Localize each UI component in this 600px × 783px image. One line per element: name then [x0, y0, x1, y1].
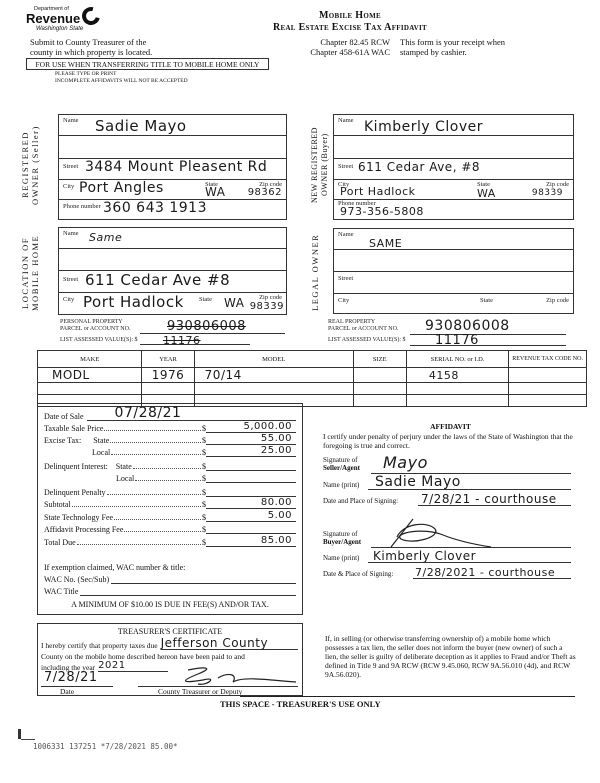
treasurer-signer-label: County Treasurer or Deputy: [158, 687, 242, 696]
date-of-sale-row: Date of Sale 07/28/21: [44, 407, 296, 421]
model-cell[interactable]: 70/14: [194, 368, 353, 383]
tax-row-value[interactable]: [206, 485, 296, 497]
legal-owner-section-label: LEGAL OWNER: [310, 232, 330, 312]
buyer-box: Name Kimberly Clover Street 611 Cedar Av…: [333, 114, 574, 220]
tax-row-label: Delinquent Interest: State: [44, 462, 132, 471]
personal-property-label: PERSONAL PROPERTY PARCEL or ACCOUNT NO.: [60, 319, 130, 333]
tax-row-value[interactable]: 55.00: [206, 433, 296, 445]
buyer-sig-label: Signature of Buyer/Agent: [323, 530, 361, 546]
treasurer-use-line: [240, 696, 575, 697]
tax-row: Taxable Sale Price$5,000.00: [44, 421, 296, 433]
location-city-field[interactable]: Port Hadlock: [83, 293, 184, 311]
tax-calculation-box: Date of Sale 07/28/21 Taxable Sale Price…: [37, 403, 303, 615]
tax-row-label: Affidavit Processing Fee: [44, 525, 123, 534]
location-box: Name Same Street 611 Cedar Ave #8 City P…: [58, 227, 287, 315]
wac-title-field[interactable]: [80, 586, 296, 596]
tax-row-label: Subtotal: [44, 500, 71, 509]
tax-row: Excise Tax: State$55.00: [44, 433, 296, 445]
tax-row-label: Taxable Sale Price: [44, 424, 103, 433]
buyer-date-place-field[interactable]: 7/28/2021 - courthouse: [415, 566, 555, 579]
tax-row: Local$: [44, 471, 296, 483]
legal-owner-box: Name SAME Street City State Zip code: [333, 228, 574, 314]
seller-signature-field[interactable]: Mayo: [383, 453, 428, 472]
legal-zip-label: Zip code: [546, 297, 569, 304]
affidavit-section: AFFIDAVIT I certify under penalty of per…: [323, 415, 578, 615]
treasurer-line-1: I hereby certify that property taxes due…: [41, 637, 298, 650]
tax-row-value[interactable]: [206, 522, 296, 534]
submit-instructions: Submit to County Treasurer of the county…: [30, 37, 152, 57]
make-cell[interactable]: MODL: [38, 368, 142, 383]
tax-row: Subtotal$80.00: [44, 497, 296, 509]
seller-date-place-field[interactable]: 7/28/21 - courthouse: [421, 492, 557, 506]
real-assessed-field[interactable]: 11176: [435, 333, 479, 348]
tax-row-label: Local: [44, 474, 134, 483]
buyer-date-place-label: Date & Place of Signing:: [323, 570, 393, 578]
tax-code-cell[interactable]: [509, 368, 587, 383]
logo-state: Washington State: [36, 26, 83, 32]
tax-row: Affidavit Processing Fee$: [44, 522, 296, 534]
buyer-name-label: Name: [338, 117, 354, 124]
tax-row-label: Local: [44, 448, 110, 457]
legal-state-label: State: [480, 297, 493, 304]
table-row: [38, 383, 587, 395]
seller-section-label: REGISTERED OWNER (Seller): [20, 115, 46, 215]
personal-assessed-field[interactable]: 11176: [163, 334, 201, 347]
logo-name: Revenue: [26, 13, 80, 25]
legal-name-label: Name: [338, 231, 354, 238]
buyer-name-field[interactable]: Kimberly Clover: [364, 119, 483, 135]
seller-city-field[interactable]: Port Angles: [79, 180, 164, 196]
seller-city-label: City: [63, 183, 74, 190]
form-title-2: Real Estate Excise Tax Affidavit: [200, 22, 500, 33]
location-name-label: Name: [63, 230, 79, 237]
tax-row: Delinquent Penalty$: [44, 485, 296, 497]
mobile-home-table: MAKE YEAR MODEL SIZE SERIAL NO. or I.D. …: [37, 350, 587, 407]
seller-zip-field[interactable]: 98362: [248, 187, 282, 198]
revenue-logo-icon: [79, 4, 104, 29]
col-make: MAKE: [38, 351, 142, 368]
seller-name-print-label: Name (print): [323, 481, 359, 489]
col-size: SIZE: [353, 351, 406, 368]
fraud-notice: If, in selling (or otherwise transferrin…: [325, 634, 577, 679]
tax-row: State Technology Fee$5.00: [44, 510, 296, 522]
mobile-home-only-banner: FOR USE WHEN TRANSFERRING TITLE TO MOBIL…: [26, 58, 269, 70]
tax-row-value[interactable]: [206, 459, 296, 471]
serial-cell[interactable]: 4158: [406, 368, 508, 383]
date-label: Date: [60, 687, 74, 696]
seller-sig-label: Signature of Seller/Agent: [323, 456, 360, 472]
tax-row: Total Due$85.00: [44, 535, 296, 547]
location-section-label: LOCATION OF MOBILE HOME: [20, 228, 46, 318]
receipt-line-1: This form is your receipt when: [400, 37, 505, 47]
real-parcel-field[interactable]: 930806008: [425, 318, 510, 334]
seller-phone-label: Phone number: [63, 203, 101, 210]
location-street-label: Street: [63, 276, 78, 283]
tax-row: Local$25.00: [44, 445, 296, 457]
type-or-print-note: PLEASE TYPE OR PRINT: [55, 71, 116, 77]
receipt-note: This form is your receipt when stamped b…: [400, 37, 505, 57]
receipt-stamp-mark: [18, 729, 21, 739]
personal-parcel-field[interactable]: 930806008: [167, 319, 246, 334]
submit-line-1: Submit to County Treasurer of the: [30, 37, 152, 47]
location-city-label: City: [63, 296, 74, 303]
date-of-sale-field[interactable]: 07/28/21: [87, 406, 296, 421]
seller-name-field[interactable]: Sadie Mayo: [95, 117, 187, 135]
seller-date-place-label: Date and Place of Signing:: [323, 497, 398, 505]
legal-street-label: Street: [338, 275, 353, 282]
col-serial: SERIAL NO. or I.D.: [406, 351, 508, 368]
seller-state-field[interactable]: WA: [205, 185, 225, 199]
wac-title-row: WAC Title: [44, 586, 296, 596]
chapter-rcw: Chapter 82.45 RCW: [270, 37, 390, 47]
county-field[interactable]: Jefferson County: [161, 637, 298, 650]
buyer-name-print-field[interactable]: Kimberly Clover: [373, 549, 476, 563]
table-header-row: MAKE YEAR MODEL SIZE SERIAL NO. or I.D. …: [38, 351, 587, 368]
minimum-due-note: A MINIMUM OF $10.00 IS DUE IN FEE(S) AND…: [38, 600, 302, 609]
real-property-label: REAL PROPERTY PARCEL or ACCOUNT NO.: [328, 319, 398, 333]
col-model: MODEL: [194, 351, 353, 368]
buyer-zip-field[interactable]: 98339: [532, 188, 563, 198]
form-title-1: Mobile Home: [200, 10, 500, 21]
location-state-field[interactable]: WA: [224, 296, 244, 310]
tax-row-value[interactable]: 25.00: [206, 445, 296, 457]
tax-row-value[interactable]: 5.00: [206, 510, 296, 522]
seller-box: Name Sadie Mayo Street 3484 Mount Please…: [58, 114, 287, 220]
wac-no-field[interactable]: [111, 574, 296, 584]
tax-row-label: Delinquent Penalty: [44, 488, 106, 497]
legal-name-field[interactable]: SAME: [369, 237, 402, 250]
tax-row-value[interactable]: 85.00: [206, 535, 296, 547]
buyer-name-print-label: Name (print): [323, 554, 359, 562]
receipt-stamp-underline: [21, 739, 35, 740]
real-assessed-label: LIST ASSESSED VALUE(S): $: [328, 337, 406, 343]
location-name-field[interactable]: Same: [89, 231, 122, 244]
seller-phone-field[interactable]: 360 643 1913: [103, 200, 207, 216]
buyer-phone-field[interactable]: 973-356-5808: [340, 205, 424, 218]
seller-street-label: Street: [63, 163, 78, 170]
size-cell[interactable]: [353, 368, 406, 383]
buyer-zip-label: Zip code: [546, 181, 569, 188]
tax-row-label: Total Due: [44, 538, 76, 547]
chapter-wac: Chapter 458-61A WAC: [270, 47, 390, 57]
wac-no-row: WAC No. (Sec/Sub): [44, 574, 296, 584]
location-street-field[interactable]: 611 Cedar Ave #8: [85, 271, 230, 289]
receipt-stamp: 1006331 137251 *7/28/2021 85.00*: [33, 742, 178, 751]
incomplete-note: INCOMPLETE AFFIDAVITS WILL NOT BE ACCEPT…: [55, 78, 188, 84]
affidavit-title: AFFIDAVIT: [323, 422, 578, 431]
buyer-street-label: Street: [338, 163, 353, 170]
treasurer-line-2: County on the mobile home described here…: [41, 652, 245, 661]
exemption-text: If exemption claimed, WAC number & title…: [44, 563, 185, 572]
buyer-city-field[interactable]: Port Hadlock: [340, 185, 416, 198]
treasurer-signature-scribble-icon[interactable]: [158, 666, 298, 688]
tax-row-value[interactable]: 80.00: [206, 497, 296, 509]
col-revenue-tax-code: REVENUE TAX CODE NO.: [509, 351, 587, 368]
seller-name-print-field[interactable]: Sadie Mayo: [375, 474, 461, 490]
tax-row-label: Excise Tax: State: [44, 436, 109, 445]
treasurer-certificate-box: TREASURER'S CERTIFICATE I hereby certify…: [37, 623, 303, 696]
dor-logo: Department of Revenue Washington State: [26, 4, 106, 34]
location-zip-field[interactable]: 98339: [250, 301, 284, 312]
buyer-signature-scribble-icon[interactable]: [383, 517, 493, 549]
tax-row: Delinquent Interest: State$: [44, 459, 296, 471]
location-state-label: State: [199, 296, 212, 303]
location-zip-label: Zip code: [259, 294, 282, 301]
table-row: MODL 1976 70/14 4158: [38, 368, 587, 383]
buyer-state-field[interactable]: WA: [477, 187, 496, 200]
col-year: YEAR: [142, 351, 194, 368]
affidavit-text: I certify under penalty of perjury under…: [323, 432, 578, 450]
buyer-street-field[interactable]: 611 Cedar Ave, #8: [358, 160, 480, 174]
treasurer-use-only-label: THIS SPACE - TREASURER'S USE ONLY: [220, 699, 381, 709]
legal-city-label: City: [338, 297, 349, 304]
year-cell[interactable]: 1976: [142, 368, 194, 383]
chapter-refs: Chapter 82.45 RCW Chapter 458-61A WAC: [270, 37, 390, 57]
receipt-line-2: stamped by cashier.: [400, 47, 505, 57]
seller-street-field[interactable]: 3484 Mount Pleasent Rd: [85, 159, 267, 175]
seller-name-label: Name: [63, 117, 79, 124]
tax-row-value[interactable]: [206, 471, 296, 483]
treasurer-cert-title: TREASURER'S CERTIFICATE: [38, 627, 302, 636]
tax-row-label: State Technology Fee: [44, 513, 113, 522]
personal-assessed-label: LIST ASSESSED VALUE(S): $: [60, 337, 138, 343]
tax-row-value[interactable]: 5,000.00: [206, 421, 296, 433]
treasurer-date-field[interactable]: 7/28/21: [44, 670, 98, 685]
submit-line-2: county in which property is located.: [30, 47, 152, 57]
